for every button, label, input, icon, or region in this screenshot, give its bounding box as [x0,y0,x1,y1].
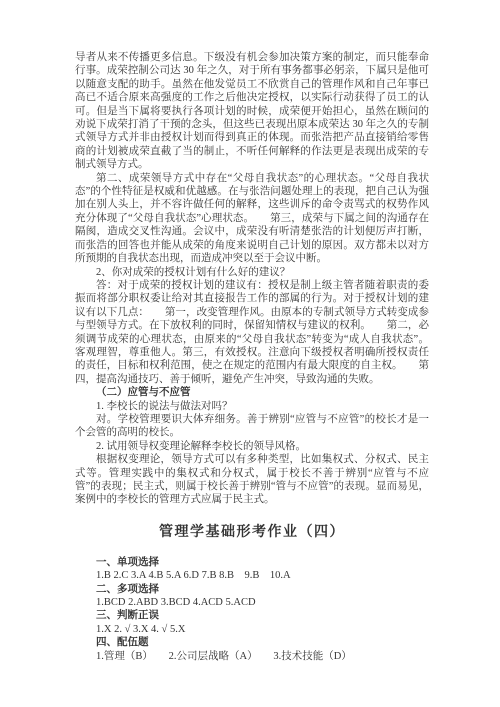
answer-key: 一、单项选择 1.B 2.C 3.A 4.B 5.A 6.D 7.B 8.B 9… [75,556,429,663]
answer-line-matching: 1.管理（B） 2.公司层战略（A） 3.技术技能（D） [75,650,429,663]
case2-answer-1: 对。学校管理要识大体弃细务。善于辨别“应管与不应管”的校长才是一个会管的高明的校… [75,413,429,440]
paragraph-second-point: 第二、成荣领导方式中存在“父母自我状态”的心理状态。“父母自我状态”的个性特征是… [75,172,429,266]
answer-line-multi-choice: 1.BCD 2.ABD 3.BCD 4.ACD 5.ACD [75,596,429,609]
section-heading-case-2: （二）应管与不应管 [75,386,429,399]
case2-question-2: 2. 试用领导权变理论解释李校长的领导风格。 [75,440,429,453]
answer-line-single-choice: 1.B 2.C 3.A 4.B 5.A 6.D 7.B 8.B 9.B 10.A [75,569,429,582]
document-page: 导者从来不传播更多信息。下级没有机会参加决策方案的制定，而只能奉命行事。成荣控制… [0,0,500,707]
case-analysis-text: 导者从来不传播更多信息。下级没有机会参加决策方案的制定，而只能奉命行事。成荣控制… [75,51,429,507]
paragraph-continued: 导者从来不传播更多信息。下级没有机会参加决策方案的制定，而只能奉命行事。成荣控制… [75,51,429,172]
answer-section-heading-multi-choice: 二、多项选择 [75,583,429,596]
answer-2: 答：对于成荣的授权计划的建议有：授权是制上级主管者随着职责的委振而将部分职权委让… [75,279,429,386]
answer-section-heading-matching: 四、配伍题 [75,636,429,649]
page-title: 管理学基础形考作业（四） [75,523,429,543]
answer-section-heading-true-false: 三、判断正误 [75,609,429,622]
answer-line-true-false: 1.X 2. √ 3.X 4. √ 5.X [75,623,429,636]
case2-question-1: 1. 李校长的说法与做法对吗？ [75,400,429,413]
case2-answer-2: 根据权变理论，领导方式可以有多种类型，比如集权式、分权式、民主式等。管理实践中的… [75,453,429,507]
question-2: 2、你对成荣的授权计划有什么好的建议？ [75,266,429,279]
answer-section-heading-single-choice: 一、单项选择 [75,556,429,569]
